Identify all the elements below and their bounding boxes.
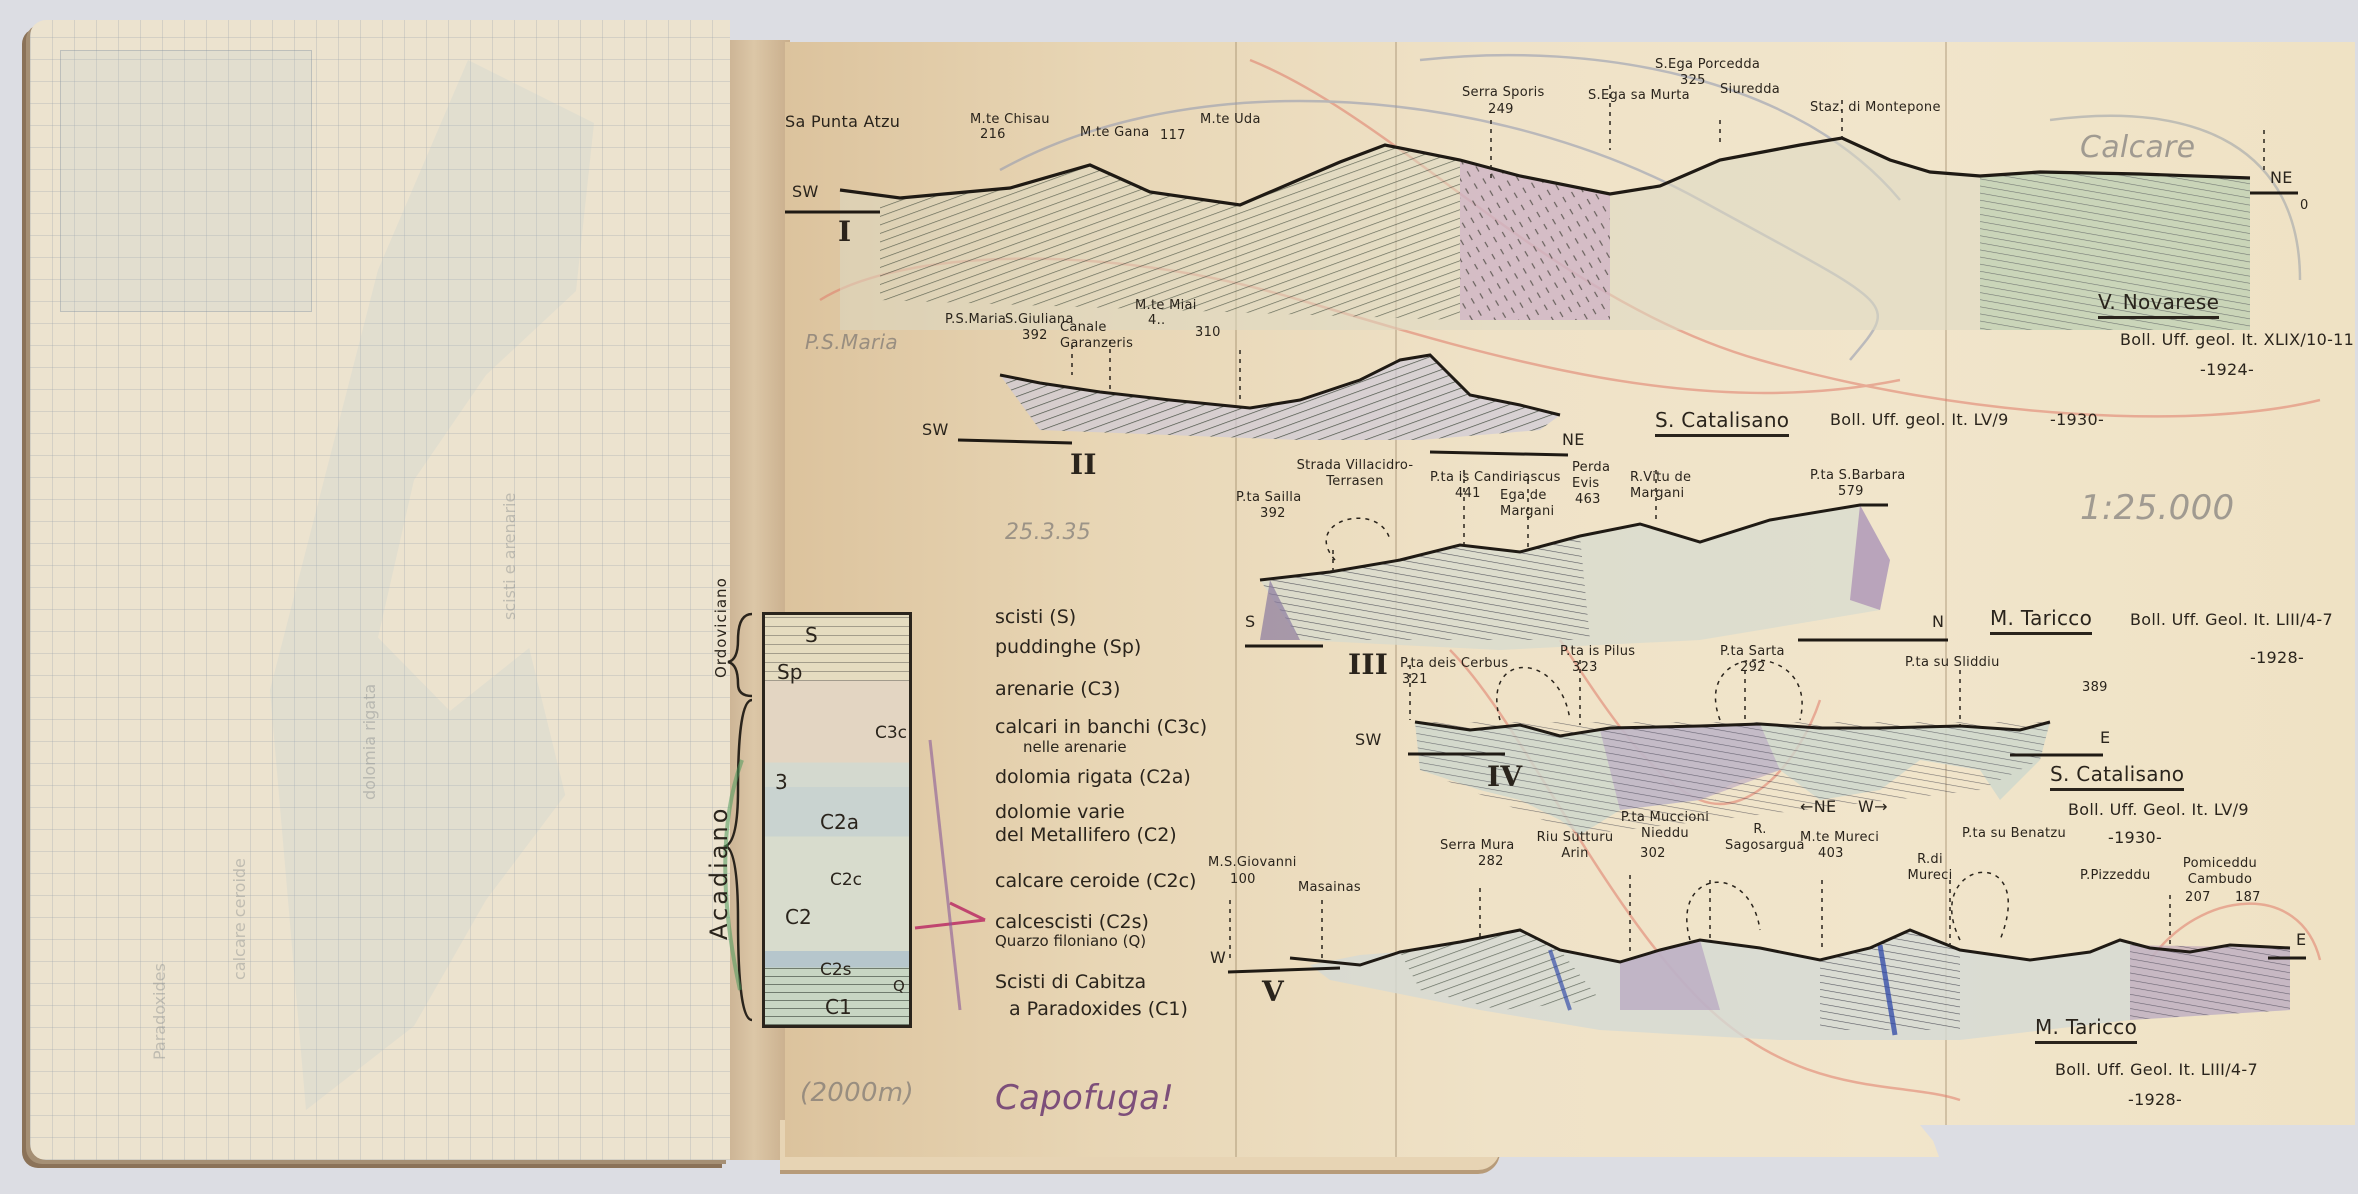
section-III-profile xyxy=(1245,505,1948,650)
legend-item: puddinghe (Sp) xyxy=(995,638,1141,657)
scale-note: 1:25.000 xyxy=(2080,488,2234,528)
peak-label: P.ta S.Barbara xyxy=(1810,468,1906,483)
section-author: V. Novarese xyxy=(2098,290,2219,319)
section-number: IV xyxy=(1487,760,1522,793)
purple-margin-note: Capofuga! xyxy=(995,1078,1174,1118)
peak-elevation: 392 xyxy=(1022,328,1048,343)
peak-label: M.te Uda xyxy=(1200,112,1261,127)
legend-item: Quarzo filoniano (Q) xyxy=(995,934,1146,949)
section-I-profile xyxy=(785,138,2298,330)
peak-elevation: 207 xyxy=(2185,890,2211,905)
legend-item: a Paradoxides (C1) xyxy=(1009,1000,1188,1019)
section-reference: Boll. Uff. Geol. It. LIII/4-7 xyxy=(2055,1060,2258,1079)
section-reference: Boll. Uff. Geol. It. LV/9 xyxy=(2068,800,2249,819)
peak-label: Perda Evis xyxy=(1572,460,1612,492)
peak-label: Riu Sutturu Arin xyxy=(1535,830,1615,862)
section-number: I xyxy=(838,215,851,248)
peak-label: M.te Mureci xyxy=(1800,830,1879,845)
peak-label: Ega de Margani xyxy=(1500,488,1560,520)
column-tag: 3 xyxy=(775,770,788,794)
pencil-margin-note: P.S.Maria xyxy=(805,330,898,354)
peak-elevation: 292 xyxy=(1740,660,1766,675)
peak-label: Serra Sporis xyxy=(1462,85,1545,100)
peak-label: M.te Gana xyxy=(1080,125,1150,140)
peak-elevation: 310 xyxy=(1195,325,1221,340)
pencil-note: Calcare xyxy=(2080,130,2195,165)
peak-label: S.Ega Porcedda xyxy=(1655,57,1760,72)
peak-label: S.Ega sa Murta xyxy=(1588,88,1690,103)
section-author: M. Taricco xyxy=(1990,606,2092,635)
section-year: -1928- xyxy=(2128,1090,2182,1109)
column-tag: Q xyxy=(893,977,905,995)
peak-label: Strada Villacidro-Terrasen xyxy=(1295,458,1415,490)
section-number: II xyxy=(1070,448,1097,481)
section-number: III xyxy=(1348,648,1388,681)
peak-label: Staz. di Montepone xyxy=(1810,100,1941,115)
section-V-profile xyxy=(1228,930,2306,1040)
peak-elevation: 325 xyxy=(1680,73,1706,88)
legend-item: Scisti di Cabitza xyxy=(995,973,1146,992)
peak-elevation: 4.. xyxy=(1148,313,1165,328)
peak-elevation: 249 xyxy=(1488,102,1514,117)
section-year: -1930- xyxy=(2050,410,2104,429)
section-end-label: SW xyxy=(792,182,819,201)
legend-item: calcare ceroide (C2c) xyxy=(995,872,1196,891)
peak-label: Siuredda xyxy=(1720,82,1780,97)
stratigraphic-column: S Sp 3 C3c C2a C2c C2 C2s Q C1 xyxy=(762,612,912,1028)
peak-label: M.te Miai xyxy=(1135,298,1197,313)
column-tag: C2 xyxy=(785,905,812,929)
section-year: -1930- xyxy=(2108,828,2162,847)
peak-label: Pomiceddu Cambudo xyxy=(2180,856,2260,888)
peak-label: P.ta is Candiriascus xyxy=(1430,470,1561,485)
column-tag: C2a xyxy=(820,810,859,834)
section-end-label: NE xyxy=(2270,168,2293,187)
peak-label: P.ta is Pilus xyxy=(1560,644,1635,659)
peak-label: M.S.Giovanni xyxy=(1208,855,1297,870)
peak-label: P.ta Sarta xyxy=(1720,644,1785,659)
peak-elevation: 389 xyxy=(2082,680,2108,695)
legend-item: nelle arenarie xyxy=(1023,740,1127,755)
legend-item: dolomia rigata (C2a) xyxy=(995,768,1191,787)
peak-elevation: 321 xyxy=(1402,672,1428,687)
peak-label: R.Vitu de Margani xyxy=(1630,470,1720,502)
peak-label: Masainas xyxy=(1298,880,1361,895)
peak-elevation: 302 xyxy=(1640,846,1666,861)
peak-elevation: 392 xyxy=(1260,506,1286,521)
peak-elevation: 463 xyxy=(1575,492,1601,507)
column-tag: Sp xyxy=(777,660,802,684)
section-year: -1924- xyxy=(2200,360,2254,379)
direction-mark: ←NE xyxy=(1800,797,1836,816)
peak-label: Serra Mura xyxy=(1440,838,1515,853)
direction-mark: W→ xyxy=(1858,797,1888,816)
section-reference: Boll. Uff. geol. It. LV/9 xyxy=(1830,410,2009,429)
peak-label: Canale Garanzeris xyxy=(1060,320,1140,352)
peak-elevation: 187 xyxy=(2235,890,2261,905)
legend-item: del Metallifero (C2) xyxy=(995,826,1177,845)
section-end-label: SW xyxy=(922,420,949,439)
peak-elevation: 323 xyxy=(1572,660,1598,675)
section-II-profile xyxy=(958,355,1568,455)
section-number: V xyxy=(1262,975,1284,1008)
section-end-label: N xyxy=(1932,612,1944,631)
peak-label: P.Pizzeddu xyxy=(2080,868,2151,883)
pencil-margin-note: (2000m) xyxy=(800,1078,914,1108)
peak-label: M.te Chisau xyxy=(970,112,1050,127)
peak-label: R.di Mureci xyxy=(1900,852,1960,884)
section-end-extra: 0 xyxy=(2300,198,2309,213)
peak-label: P.ta su Benatzu xyxy=(1962,826,2066,841)
peak-elevation: 403 xyxy=(1818,846,1844,861)
peak-label: P.S.Maria xyxy=(945,312,1006,327)
peak-label: R. Sagosargua xyxy=(1725,822,1795,854)
section-end-label: NE xyxy=(1562,430,1585,449)
section-reference: Boll. Uff. Geol. It. LIII/4-7 xyxy=(2130,610,2333,629)
legend-item: calcari in banchi (C3c) xyxy=(995,718,1207,737)
column-tag: C2c xyxy=(830,870,862,890)
legend-item: arenarie (C3) xyxy=(995,680,1120,699)
section-end-label: E xyxy=(2100,728,2110,747)
period-ordoviciano: Ordoviciano xyxy=(712,577,730,678)
peak-label: P.ta Muccioni Nieddu xyxy=(1620,810,1710,842)
section-reference: Boll. Uff. geol. It. XLIX/10-11 xyxy=(2120,330,2354,349)
column-tag: C1 xyxy=(825,995,852,1019)
peak-elevation: 282 xyxy=(1478,854,1504,869)
peak-label: P.ta deis Cerbus xyxy=(1400,656,1508,671)
peak-elevation: 216 xyxy=(980,127,1006,142)
section-end-label: W xyxy=(1210,948,1226,967)
legend-item: scisti (S) xyxy=(995,608,1076,627)
section-year: -1928- xyxy=(2250,648,2304,667)
peak-elevation: 117 xyxy=(1160,128,1186,143)
section-author: M. Taricco xyxy=(2035,1015,2137,1044)
peak-label: P.ta su Sliddiu xyxy=(1905,655,2000,670)
section-end-label: SW xyxy=(1355,730,1382,749)
peak-label: Sa Punta Atzu xyxy=(785,112,900,131)
column-tag: C2s xyxy=(820,960,852,980)
section-end-label: S xyxy=(1245,612,1255,631)
period-acadiano: Acadiano xyxy=(705,806,733,940)
pencil-margin-note: 25.3.35 xyxy=(1005,520,1091,545)
peak-elevation: 441 xyxy=(1455,486,1481,501)
legend-item: dolomie varie xyxy=(995,803,1125,822)
column-tag: S xyxy=(805,623,818,647)
column-tag: C3c xyxy=(875,723,907,743)
peak-label: P.ta Sailla xyxy=(1236,490,1301,505)
peak-elevation: 579 xyxy=(1838,484,1864,499)
peak-elevation: 100 xyxy=(1230,872,1256,887)
section-end-label: E xyxy=(2296,930,2306,949)
section-author: S. Catalisano xyxy=(2050,762,2184,791)
legend-item: calcescisti (C2s) xyxy=(995,913,1149,932)
section-author: S. Catalisano xyxy=(1655,408,1789,437)
